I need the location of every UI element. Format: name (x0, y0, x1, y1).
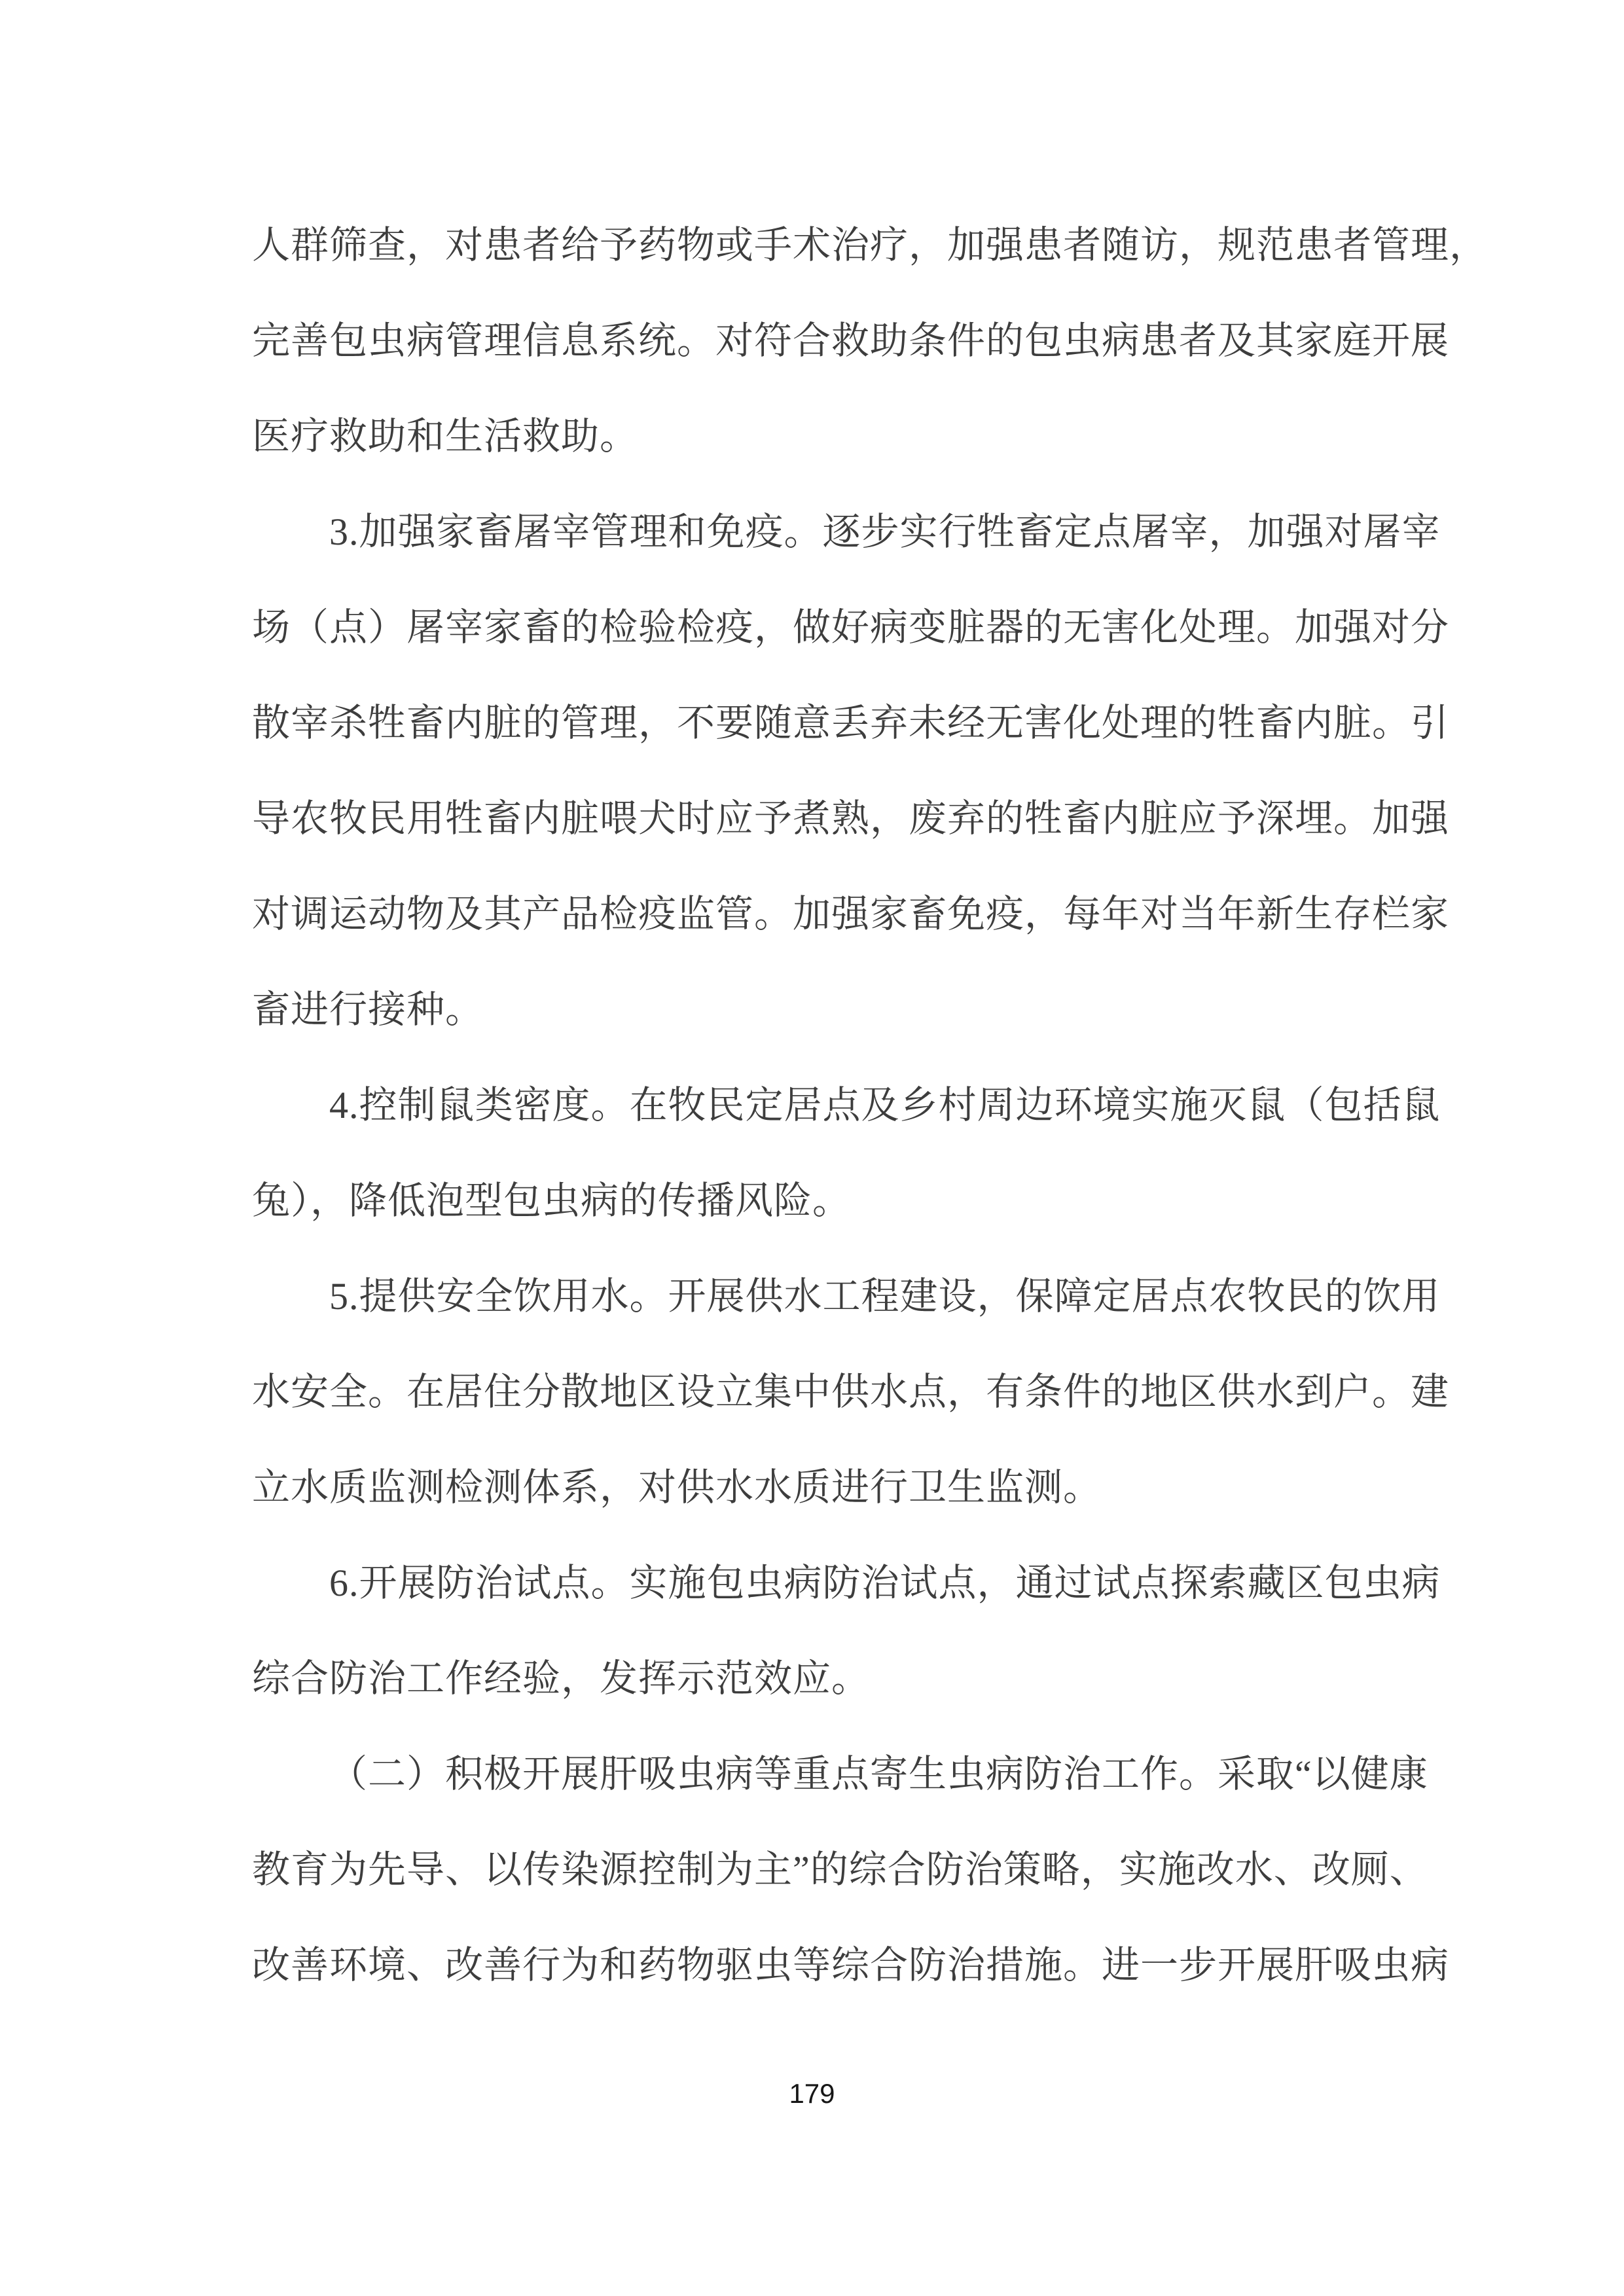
text-body: 人群筛查，对患者给予药物或手术治疗，加强患者随访，规范患者管理， 完善包虫病管理… (252, 198, 1450, 2013)
text-line: 3.加强家畜屠宰管理和免疫。逐步实行牲畜定点屠宰，加强对屠宰 (252, 484, 1450, 580)
page-number: 179 (0, 2078, 1624, 2109)
text-line: 4.控制鼠类密度。在牧民定居点及乡村周边环境实施灭鼠（包括鼠 (252, 1058, 1450, 1153)
text-line: 导农牧民用牲畜内脏喂犬时应予煮熟，废弃的牲畜内脏应予深埋。加强 (252, 771, 1450, 867)
text-line: 场（点）屠宰家畜的检验检疫，做好病变脏器的无害化处理。加强对分 (252, 580, 1450, 675)
text-line: 医疗救助和生活救助。 (252, 389, 1450, 484)
text-line: （二）积极开展肝吸虫病等重点寄生虫病防治工作。采取“以健康 (252, 1727, 1450, 1822)
text-line: 兔），降低泡型包虫病的传播风险。 (252, 1153, 1450, 1249)
text-line: 完善包虫病管理信息系统。对符合救助条件的包虫病患者及其家庭开展 (252, 293, 1450, 389)
text-line: 5.提供安全饮用水。开展供水工程建设，保障定居点农牧民的饮用 (252, 1249, 1450, 1344)
text-line: 改善环境、改善行为和药物驱虫等综合防治措施。进一步开展肝吸虫病 (252, 1918, 1450, 2013)
text-line: 散宰杀牲畜内脏的管理，不要随意丢弃未经无害化处理的牲畜内脏。引 (252, 675, 1450, 771)
text-line: 畜进行接种。 (252, 962, 1450, 1058)
text-line: 教育为先导、以传染源控制为主”的综合防治策略，实施改水、改厕、 (252, 1822, 1450, 1918)
text-line: 人群筛查，对患者给予药物或手术治疗，加强患者随访，规范患者管理， (252, 198, 1450, 293)
text-line: 水安全。在居住分散地区设立集中供水点，有条件的地区供水到户。建 (252, 1344, 1450, 1440)
text-line: 6.开展防治试点。实施包虫病防治试点，通过试点探索藏区包虫病 (252, 1535, 1450, 1631)
text-line: 对调运动物及其产品检疫监管。加强家畜免疫，每年对当年新生存栏家 (252, 867, 1450, 962)
text-line: 立水质监测检测体系，对供水水质进行卫生监测。 (252, 1440, 1450, 1535)
document-page: 人群筛查，对患者给予药物或手术治疗，加强患者随访，规范患者管理， 完善包虫病管理… (0, 0, 1624, 2296)
text-line: 综合防治工作经验，发挥示范效应。 (252, 1631, 1450, 1727)
